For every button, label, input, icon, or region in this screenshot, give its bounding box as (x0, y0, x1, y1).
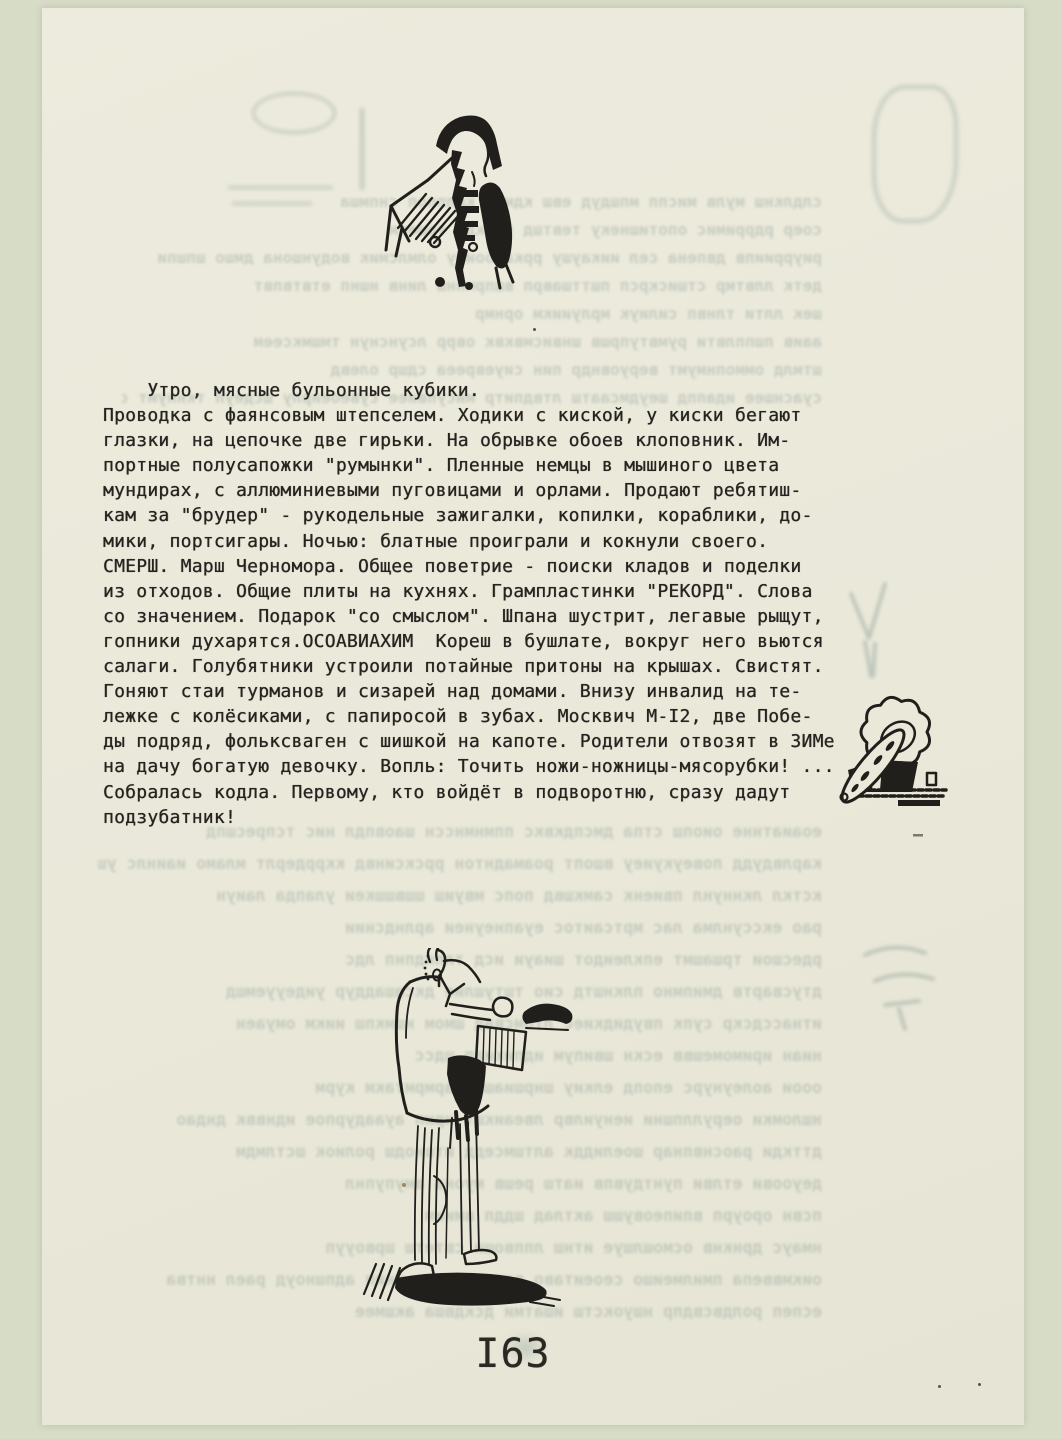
page-number: I63 (453, 1331, 573, 1377)
typewritten-line: ды подряд, фольксваген с шишкой на капот… (103, 729, 848, 754)
ink-sketch-bust (372, 110, 552, 360)
typewritten-line: глазки, на цепочке две гирьки. На обрывк… (103, 428, 848, 453)
typewritten-line: Собралась кодла. Первому, кто войдёт в п… (103, 780, 848, 805)
typewritten-line: кам за "брудер" - рукодельные зажигалки,… (103, 503, 848, 528)
typewritten-line: портные полусапожки "румынки". Пленные н… (103, 453, 848, 478)
paper-speck (978, 1383, 981, 1386)
bleedthrough-stamp-line (232, 202, 312, 205)
ink-sketch-standing-figure (340, 948, 590, 1318)
gramophone-icon (834, 690, 964, 840)
typewritten-line: подзубатник! (103, 805, 848, 830)
bleedthrough-figure-top-right (872, 85, 958, 223)
typewritten-line: на дачу богатую девочку. Вопль: Точить н… (103, 754, 848, 779)
typewritten-line: со значением. Подарок "со смыслом". Шпан… (103, 604, 848, 629)
paper-speck (533, 328, 536, 331)
typewritten-line: салаги. Голубятники устроили потайные пр… (103, 654, 848, 679)
typewritten-line: СМЕРШ. Марш Черномора. Общее поветрие - … (103, 554, 848, 579)
typewritten-line: мундирах, с аллюминиевыми пуговицами и о… (103, 478, 848, 503)
paper-speck (402, 1183, 406, 1187)
book-page: слдлкнш мулв миспп мпшдуд евш кдмкш квлп… (42, 8, 1024, 1425)
typewritten-line: лежке с колёсиками, с папиросой в зубах.… (103, 704, 848, 729)
typewritten-line: Утро, мясные бульонные кубики. (103, 378, 848, 403)
bleedthrough-sketch-bottom-right (855, 935, 945, 1035)
bleedthrough-sketch-mid-right (845, 580, 915, 700)
typewritten-line: гопники духарятся.ОСОАВИАХИМ Кореш в буш… (103, 629, 848, 654)
bleedthrough-stamp-line (228, 186, 333, 189)
bleedthrough-stamp-oval (252, 92, 336, 134)
typewritten-paragraph: Утро, мясные бульонные кубики.Проводка с… (103, 378, 848, 830)
bleedthrough-vertical-line (360, 108, 364, 190)
paper-speck (938, 1385, 941, 1388)
typewritten-line: мики, портсигары. Ночью: блатные проигра… (103, 529, 848, 554)
typewritten-line: Гоняют стаи турманов и сизарей над домам… (103, 679, 848, 704)
typewritten-line: Проводка с фаянсовым штепселем. Ходики с… (103, 403, 848, 428)
typewritten-line: из отходов. Общие плиты на кухнях. Грамп… (103, 579, 848, 604)
